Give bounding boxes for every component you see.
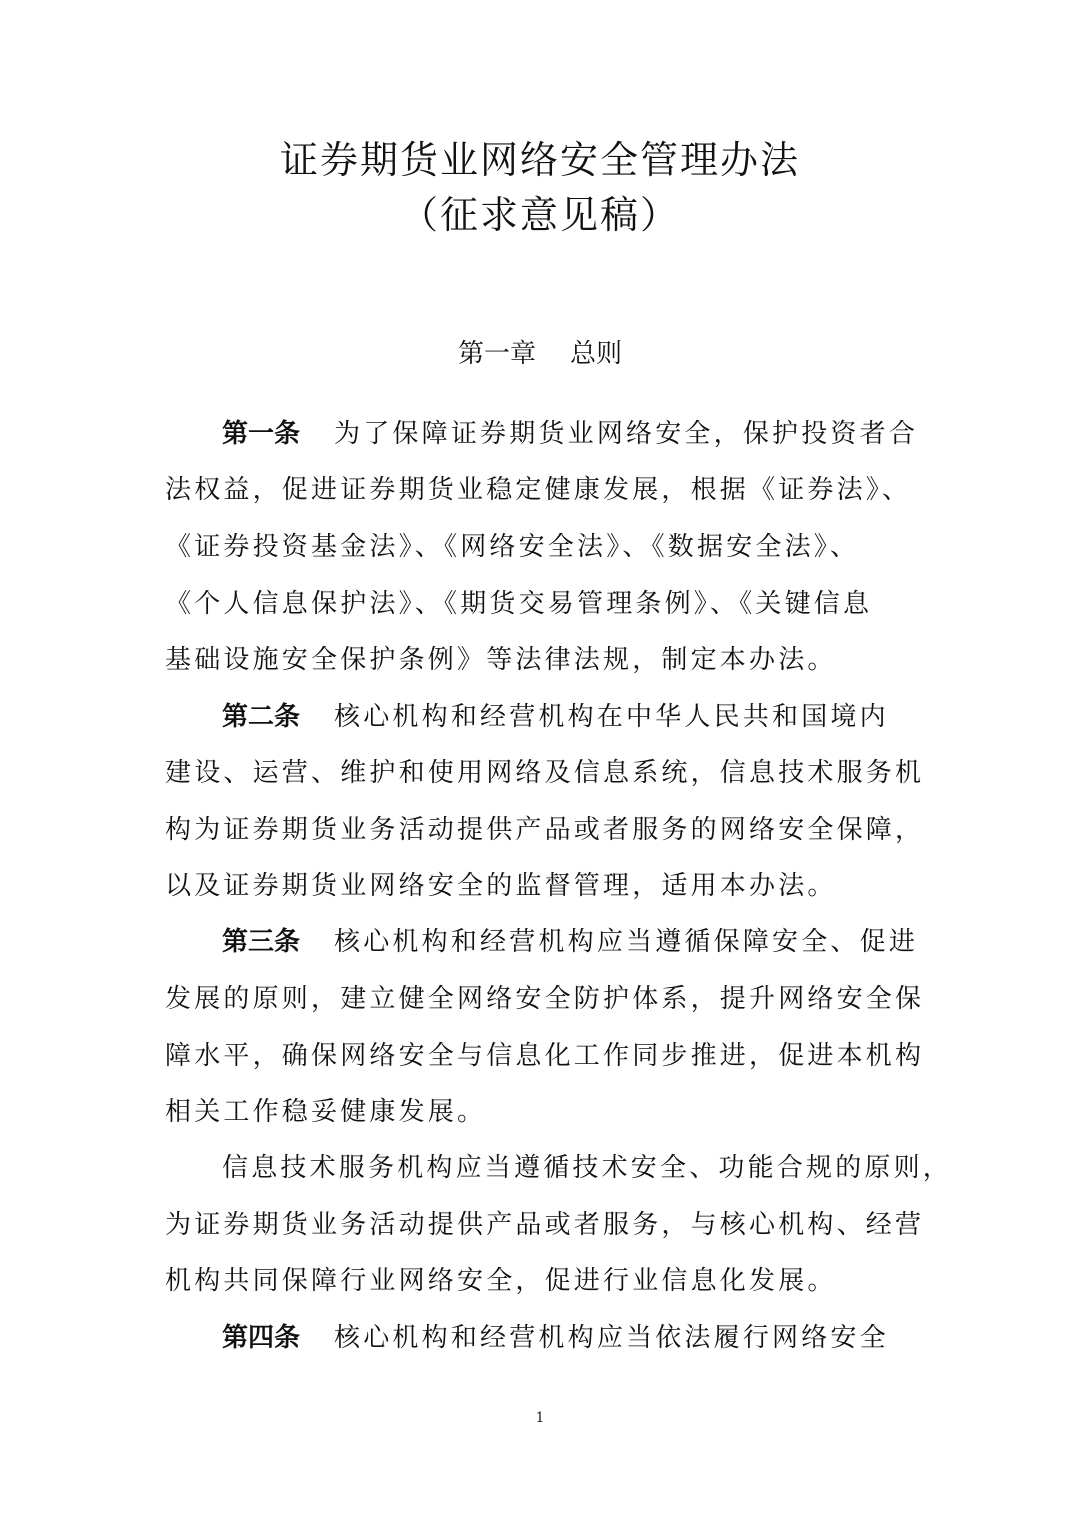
article-2-line-4: 以及证券期货业网络安全的监督管理，适用本办法。	[165, 866, 925, 906]
article-3-line-1: 第三条核心机构和经营机构应当遵循保障安全、促进	[222, 922, 982, 962]
article-1-line-5: 基础设施安全保护条例》等法律法规，制定本办法。	[165, 640, 925, 680]
article-1-line-4: 《个人信息保护法》、《期货交易管理条例》、《关键信息	[165, 584, 925, 624]
document-subtitle: （征求意见稿）	[0, 187, 1080, 243]
article-3-para-2-line-1: 信息技术服务机构应当遵循技术安全、功能合规的原则，	[222, 1148, 982, 1188]
article-4-line-1: 第四条核心机构和经营机构应当依法履行网络安全	[222, 1318, 982, 1358]
chapter-name: 总则	[570, 339, 622, 369]
article-3-line-2: 发展的原则，建立健全网络安全防护体系，提升网络安全保	[165, 979, 925, 1019]
article-2-line-3: 构为证券期货业务活动提供产品或者服务的网络安全保障，	[165, 810, 925, 850]
article-3-line-3: 障水平，确保网络安全与信息化工作同步推进，促进本机构	[165, 1036, 925, 1076]
document-title: 证券期货业网络安全管理办法	[0, 132, 1080, 188]
article-1-line-3: 《证券投资基金法》、《网络安全法》、《数据安全法》、	[165, 527, 925, 567]
article-label: 第二条	[222, 702, 300, 732]
page-number: 1	[0, 1410, 1080, 1426]
article-3-para-2-line-3: 机构共同保障行业网络安全，促进行业信息化发展。	[165, 1261, 925, 1301]
article-1-line-1: 第一条为了保障证券期货业网络安全，保护投资者合	[222, 414, 982, 454]
article-label: 第三条	[222, 927, 300, 957]
article-label: 第四条	[222, 1323, 300, 1353]
article-2-line-2: 建设、运营、维护和使用网络及信息系统，信息技术服务机	[165, 753, 925, 793]
article-3-line-4: 相关工作稳妥健康发展。	[165, 1092, 925, 1132]
article-3-para-2-line-2: 为证券期货业务活动提供产品或者服务，与核心机构、经营	[165, 1205, 925, 1245]
chapter-number: 第一章	[458, 339, 536, 369]
article-1-line-2: 法权益，促进证券期货业稳定健康发展，根据《证券法》、	[165, 470, 925, 510]
article-label: 第一条	[222, 419, 300, 449]
chapter-heading: 第一章总则	[0, 334, 1080, 374]
article-2-line-1: 第二条核心机构和经营机构在中华人民共和国境内	[222, 697, 982, 737]
